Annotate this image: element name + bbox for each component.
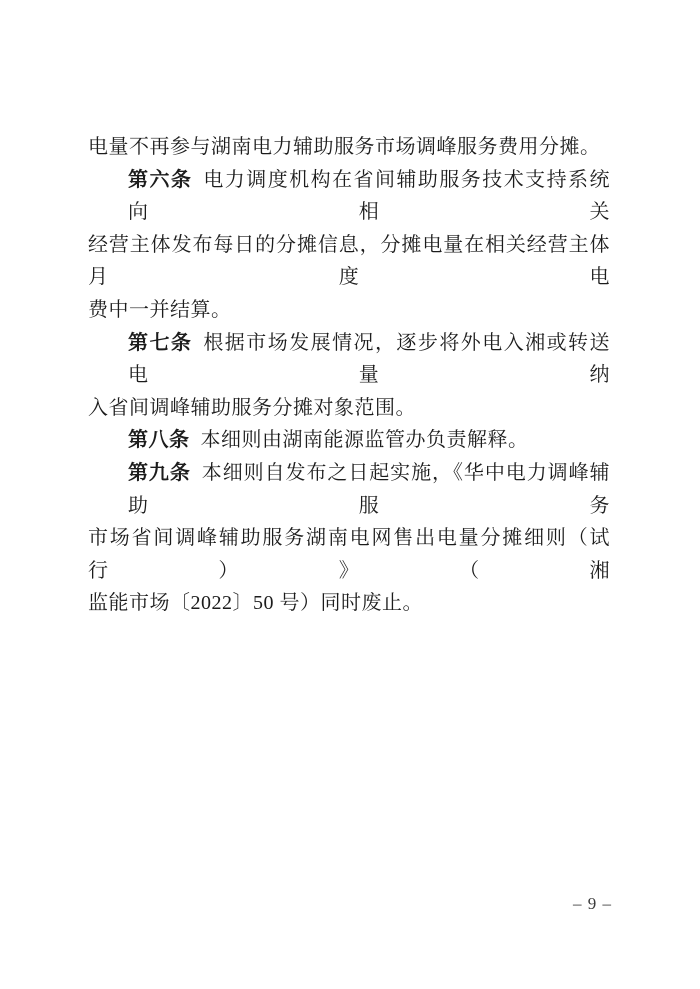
- article-number: 第七条: [128, 332, 192, 354]
- article-number: 第六条: [128, 169, 192, 191]
- document-page: 电量不再参与湖南电力辅助服务市场调峰服务费用分摊。 第六条电力调度机构在省间辅助…: [0, 0, 700, 989]
- text-line: 费中一并结算。: [88, 294, 610, 327]
- text-line-article-9: 第九条本细则自发布之日起实施，《华中电力调峰辅助服务: [88, 457, 610, 522]
- line-text: 市场省间调峰辅助服务湖南电网售出电量分摊细则（试行）》（湘: [88, 527, 610, 582]
- line-text: 电力调度机构在省间辅助服务技术支持系统向相关: [128, 169, 610, 224]
- article-number: 第八条: [128, 429, 190, 451]
- text-line: 经营主体发布每日的分摊信息，分摊电量在相关经营主体月度电: [88, 229, 610, 294]
- line-text: 电量不再参与湖南电力辅助服务市场调峰服务费用分摊。: [88, 136, 601, 158]
- line-text: 本细则自发布之日起实施，《华中电力调峰辅助服务: [128, 462, 610, 517]
- line-text: 根据市场发展情况，逐步将外电入湘或转送电量纳: [128, 332, 610, 387]
- page-number: – 9 –: [573, 894, 612, 914]
- article-number: 第九条: [128, 462, 191, 484]
- line-text: 本细则由湖南能源监管办负责解释。: [201, 429, 529, 451]
- text-line-article-7: 第七条根据市场发展情况，逐步将外电入湘或转送电量纳: [88, 327, 610, 392]
- text-line-article-8: 第八条本细则由湖南能源监管办负责解释。: [88, 424, 610, 457]
- text-line-article-6: 第六条电力调度机构在省间辅助服务技术支持系统向相关: [88, 164, 610, 229]
- line-text: 费中一并结算。: [88, 299, 232, 321]
- text-line: 监能市场〔2022〕50 号）同时废止。: [88, 587, 610, 620]
- document-body: 电量不再参与湖南电力辅助服务市场调峰服务费用分摊。 第六条电力调度机构在省间辅助…: [88, 131, 610, 620]
- line-text: 经营主体发布每日的分摊信息，分摊电量在相关经营主体月度电: [88, 234, 610, 289]
- line-text: 入省间调峰辅助服务分摊对象范围。: [88, 397, 416, 419]
- text-line: 入省间调峰辅助服务分摊对象范围。: [88, 392, 610, 425]
- text-line: 市场省间调峰辅助服务湖南电网售出电量分摊细则（试行）》（湘: [88, 522, 610, 587]
- line-text: 监能市场〔2022〕50 号）同时废止。: [88, 592, 423, 614]
- text-line: 电量不再参与湖南电力辅助服务市场调峰服务费用分摊。: [88, 131, 610, 164]
